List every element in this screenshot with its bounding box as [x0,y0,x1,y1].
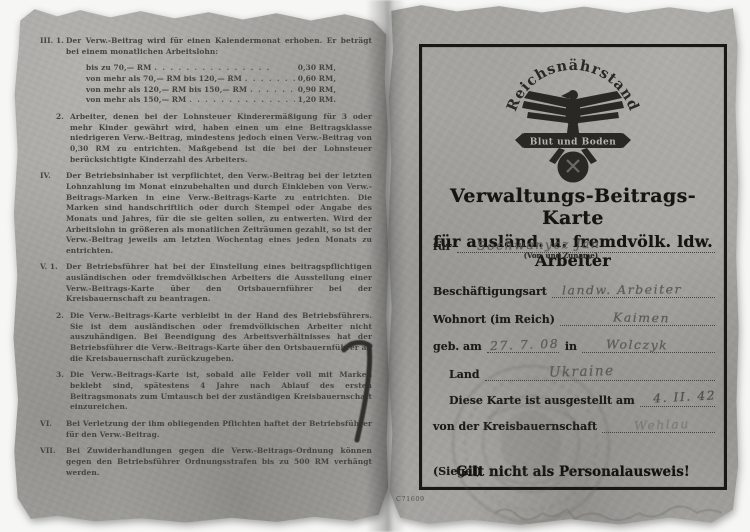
field-birthplace-label: in [565,340,577,353]
paragraph-number: 2. [56,112,70,165]
paragraph-text: Der Betriebsführer hat bei der Einstellu… [66,262,372,305]
paragraph-text: Der Verw.-Beitrag wird für einen Kalende… [66,36,372,57]
field-name-row: für Sochwanycz Jan (Vor- und Zuname) [433,238,715,253]
rate-line: von mehr als 70,— RM bis 120,— RM 0,60 R… [86,74,336,85]
paragraph: IV. Der Betriebsinhaber ist verpflichtet… [40,171,372,256]
field-birth-row: geb. am 27. 7. 08 in Wolczyk [433,338,715,353]
print-code: C71609 [396,495,425,503]
field-country-value: Ukraine [549,363,615,381]
paragraph-number: III. 1. [40,36,66,57]
field-name-label: für [433,240,452,253]
paragraph-text: Bei Verletzung der ihm obliegenden Pflic… [66,419,372,440]
field-occupation-row: Beschäftigungsart landw. Arbeiter [433,283,715,298]
field-country-row: Land Ukraine [433,366,715,381]
field-residence-label: Wohnort (im Reich) [433,313,555,326]
field-district-row: von der Kreisbauernschaft Wehlau [433,418,715,433]
left-page: III. 1. Der Verw.-Beitrag wird für einen… [12,6,390,524]
paragraph-text: Bei Zuwiderhandlungen gegen die Verw.-Be… [66,446,372,478]
rate-table: bis zu 70,— RM 0,30 RM, von mehr als 70,… [86,63,336,106]
rate-value: 0,30 RM, [298,63,336,74]
field-district-line: Wehlau [602,418,715,433]
field-residence-row: Wohnort (im Reich) Kaimen [433,311,715,326]
field-district-value: Wehlau [633,416,689,433]
right-page-wrap: Reichsnährstand [386,3,740,528]
field-residence-value: Kaimen [612,310,669,326]
field-name-line: Sochwanycz Jan (Vor- und Zuname) [457,238,715,253]
rate-value: 0,60 RM, [298,74,336,85]
rate-range: von mehr als 70,— RM bis 120,— RM [86,74,242,85]
paragraph-text: Die Verw.-Beitrags-Karte ist, sobald all… [70,370,372,413]
dot-leader [250,85,295,96]
paragraph: 3. Die Verw.-Beitrags-Karte ist, sobald … [56,370,372,413]
dot-leader [154,63,294,74]
paragraph-number: 2. [56,311,70,364]
rate-range: bis zu 70,— RM [86,63,151,74]
dot-leader [189,95,294,106]
form-fields: für Sochwanycz Jan (Vor- und Zuname) Bes… [433,47,715,487]
paragraph-number: V. 1. [40,262,66,305]
paragraph-text: Die Verw.-Beitrags-Karte verbleibt in de… [70,311,372,364]
field-occupation-label: Beschäftigungsart [433,285,547,298]
field-issued-value: 4. II. 42 [653,387,717,405]
paragraph: 2. Arbeiter, denen bei der Lohnsteuer Ki… [56,112,372,165]
field-birthplace-line: Wolczyk [582,338,715,353]
field-birthdate-value: 27. 7. 08 [489,336,559,353]
field-residence-line: Kaimen [560,311,715,326]
field-district-label: von der Kreisbauernschaft [433,420,597,433]
paragraph-text: Der Betriebsinhaber ist verpflichtet, de… [66,171,372,256]
field-country-line: Ukraine [485,366,715,381]
right-page: Reichsnährstand [386,3,740,528]
paragraph-text: Arbeiter, denen bei der Lohnsteuer Kinde… [70,112,372,165]
field-birth-label: geb. am [433,340,482,353]
paragraph-number: VII. [40,446,66,478]
footer-note: Gilt nicht als Personalausweis! [422,464,724,480]
regulations-text: III. 1. Der Verw.-Beitrag wird für einen… [40,36,372,484]
field-issued-row: Diese Karte ist ausgestellt am 4. II. 42 [433,392,715,407]
rate-line: bis zu 70,— RM 0,30 RM, [86,63,336,74]
field-birthplace-value: Wolczyk [606,336,669,352]
field-name-sublabel: (Vor- und Zuname) [524,251,598,260]
border-frame: Reichsnährstand [419,44,727,490]
pencil-scribble [491,497,726,523]
dot-leader [245,74,295,85]
field-occupation-line: landw. Arbeiter [552,283,715,298]
rate-range: von mehr als 150,— RM [86,95,186,106]
rate-value: 1,20 RM. [298,95,336,106]
rate-range: von mehr als 120,— RM bis 150,— RM [86,85,247,96]
left-page-wrap: III. 1. Der Verw.-Beitrag wird für einen… [12,6,390,524]
pen-mark-7 [336,336,384,452]
field-issued-label: Diese Karte ist ausgestellt am [449,394,635,407]
paragraph-number: IV. [40,171,66,256]
paragraph: VII. Bei Zuwiderhandlungen gegen die Ver… [40,446,372,478]
rate-value: 0,90 RM, [298,85,336,96]
paragraph: 2. Die Verw.-Beitrags-Karte verbleibt in… [56,311,372,364]
rate-line: von mehr als 150,— RM 1,20 RM. [86,95,336,106]
field-country-label: Land [449,368,480,381]
paragraph: V. 1. Der Betriebsführer hat bei der Ein… [40,262,372,305]
paragraph-number: 3. [56,370,70,413]
paragraph-number: VI. [40,419,66,440]
paragraph: III. 1. Der Verw.-Beitrag wird für einen… [40,36,372,57]
paragraph: VI. Bei Verletzung der ihm obliegenden P… [40,419,372,440]
field-birthdate-line: 27. 7. 08 [487,338,559,353]
field-occupation-value: landw. Arbeiter [562,281,682,297]
rate-line: von mehr als 120,— RM bis 150,— RM 0,90 … [86,85,336,96]
scanned-document: III. 1. Der Verw.-Beitrag wird für einen… [0,0,750,532]
field-issued-line: 4. II. 42 [640,392,715,407]
